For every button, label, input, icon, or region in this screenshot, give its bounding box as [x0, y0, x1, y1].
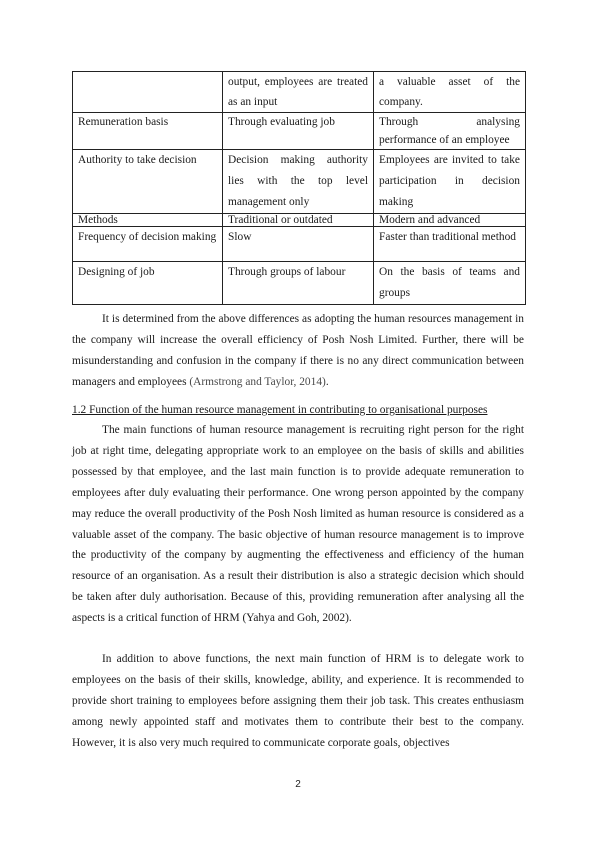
table-cell-traditional: Slow	[223, 227, 374, 262]
table-cell-aspect: Methods	[73, 214, 223, 227]
table-cell-hrm: Through analysing performance of an empl…	[374, 113, 526, 150]
paragraph-end: .	[326, 376, 329, 388]
table-row: Methods Traditional or outdated Modern a…	[73, 214, 526, 227]
table-row: Authority to take decision Decision maki…	[73, 150, 526, 214]
table-row: Designing of job Through groups of labou…	[73, 262, 526, 305]
table-cell-hrm: Employees are invited to take participat…	[374, 150, 526, 214]
table-cell-aspect	[73, 72, 223, 113]
table-cell-traditional: Traditional or outdated	[223, 214, 374, 227]
table-cell-hrm: On the basis of teams and groups	[374, 262, 526, 305]
table-row: output, employees are treated as an inpu…	[73, 72, 526, 113]
section-heading: 1.2 Function of the human resource manag…	[72, 400, 487, 420]
page-number: 2	[0, 779, 596, 790]
table-cell-traditional: output, employees are treated as an inpu…	[223, 72, 374, 113]
table-cell-aspect: Designing of job	[73, 262, 223, 305]
paragraph-text: The main functions of human resource man…	[72, 420, 524, 629]
table-cell-aspect: Frequency of decision making	[73, 227, 223, 262]
table-row: Frequency of decision making Slow Faster…	[73, 227, 526, 262]
table-cell-hrm: Modern and advanced	[374, 214, 526, 227]
table-cell-traditional: Through evaluating job	[223, 113, 374, 150]
table-cell-hrm: Faster than traditional method	[374, 227, 526, 262]
document-page: output, employees are treated as an inpu…	[0, 0, 596, 842]
table-cell-hrm: a valuable asset of the company.	[374, 72, 526, 113]
comparison-table: output, employees are treated as an inpu…	[72, 71, 526, 305]
citation: (Armstrong and Taylor, 2014)	[189, 376, 325, 388]
table-cell-aspect: Remuneration basis	[73, 113, 223, 150]
table-cell-traditional: Decision making authority lies with the …	[223, 150, 374, 214]
table-cell-aspect: Authority to take decision	[73, 150, 223, 214]
paragraph-functions: The main functions of human resource man…	[72, 420, 524, 629]
paragraph-text: In addition to above functions, the next…	[72, 649, 524, 754]
paragraph-efficiency: It is determined from the above differen…	[72, 309, 524, 393]
table-row: Remuneration basis Through evaluating jo…	[73, 113, 526, 150]
table-cell-traditional: Through groups of labour	[223, 262, 374, 305]
paragraph-delegation: In addition to above functions, the next…	[72, 649, 524, 754]
